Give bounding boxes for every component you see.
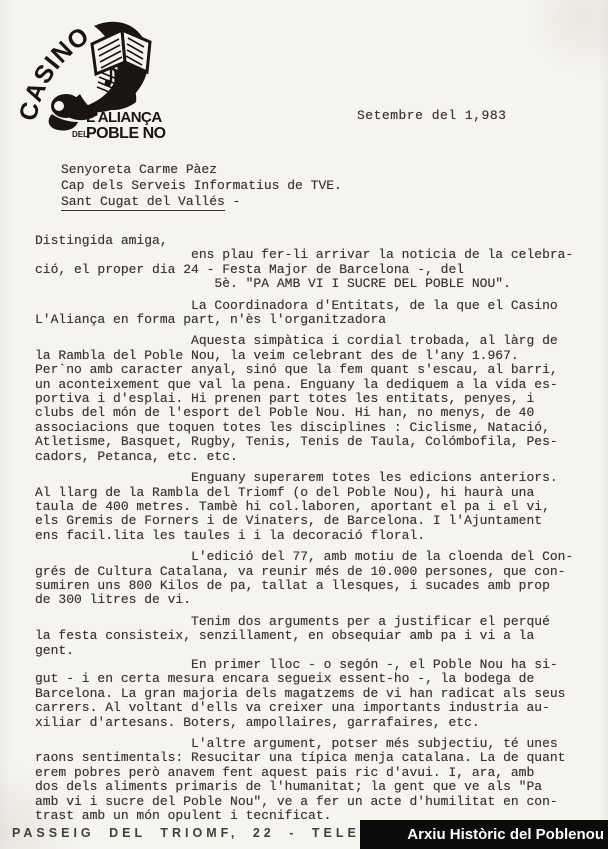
date-line: Setembre del 1,983 bbox=[357, 108, 506, 123]
letter-paragraph: L'edició del 77, amb motiu de la cloenda… bbox=[35, 550, 593, 608]
letter-paragraph: Distingida amiga, ens plau fer-li arriva… bbox=[35, 234, 593, 292]
letter-body: Distingida amiga, ens plau fer-li arriva… bbox=[35, 234, 593, 830]
recipient-block: Senyoreta Carme Pàez Cap dels Serveis In… bbox=[61, 162, 342, 210]
letter-paragraph: Enguany superarem totes les edicions ant… bbox=[35, 471, 593, 543]
letter-page: CASINO L'ALIANÇA DEL POBLE NOU Setembre … bbox=[0, 0, 608, 849]
recipient-city-suffix: - bbox=[225, 194, 241, 209]
recipient-city-line: Sant Cugat del Vallés - bbox=[61, 194, 342, 210]
recipient-role: Cap dels Serveis Informatius de TVE. bbox=[61, 178, 342, 194]
logo-poblenou-text: POBLE NOU bbox=[86, 125, 166, 142]
letter-paragraph: La Coordinadora d'Entitats, de la que el… bbox=[35, 299, 593, 328]
letter-paragraph: Aquesta simpàtica i cordial trobada, al … bbox=[35, 334, 593, 464]
archive-badge-label: Arxiu Històric del Poblenou bbox=[407, 826, 604, 843]
recipient-city: Sant Cugat del Vallés bbox=[61, 194, 225, 211]
letter-paragraph: L'altre argument, potser més subjectiu, … bbox=[35, 737, 593, 823]
logo-alianca-text: L'ALIANÇA bbox=[86, 109, 162, 126]
recipient-name: Senyoreta Carme Pàez bbox=[61, 162, 342, 178]
hand-icon bbox=[49, 94, 81, 131]
letter-paragraph: Tenim dos arguments per a justificar el … bbox=[35, 615, 593, 730]
footer-address: PASSEIG DEL TRIOMF, 22 - TELEFON bbox=[12, 826, 398, 840]
archive-badge: Arxiu Històric del Poblenou bbox=[360, 820, 608, 849]
casino-logo: CASINO L'ALIANÇA DEL POBLE NOU bbox=[16, 10, 166, 142]
